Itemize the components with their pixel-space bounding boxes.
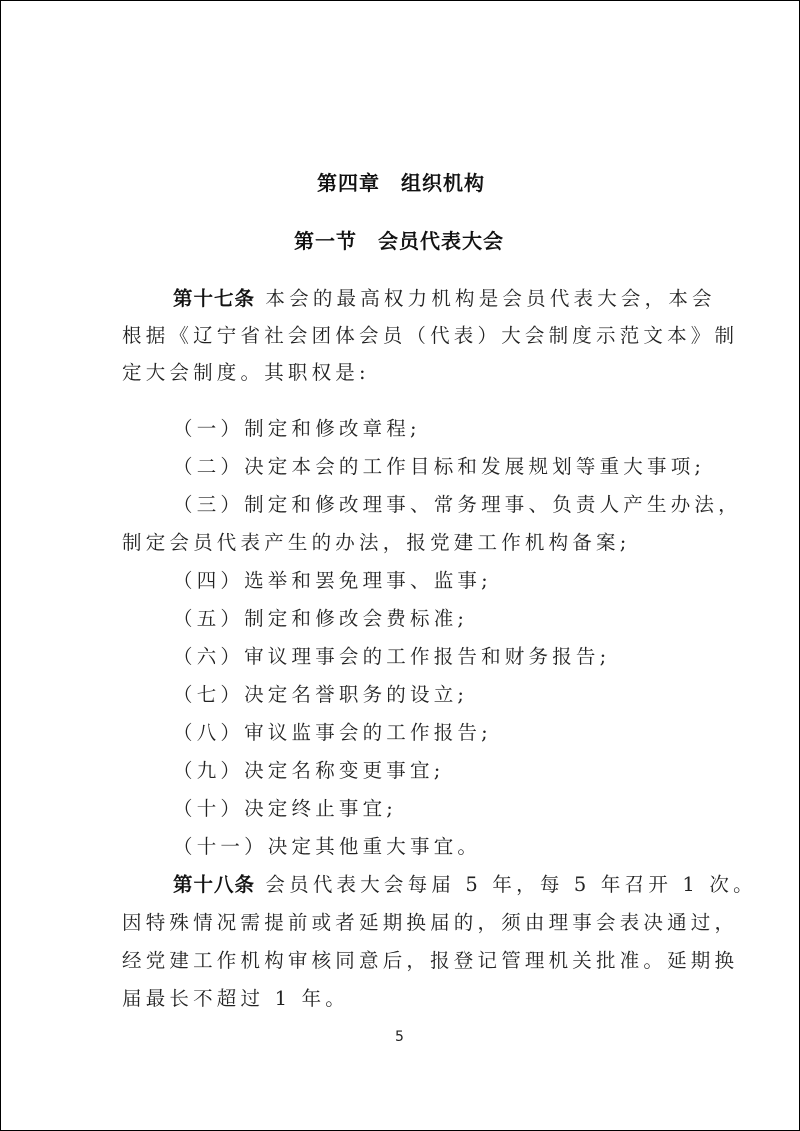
section-title: 第一节 会员代表大会 <box>294 225 504 254</box>
article-17-line-2: 根据《辽宁省社会团体会员（代表）大会制度示范文本》制 <box>122 320 738 348</box>
list-item: （六）审议理事会的工作报告和财务报告; <box>173 641 610 669</box>
list-item: （四）选举和罢免理事、监事; <box>173 565 492 593</box>
list-item: （九）决定名称变更事宜; <box>173 755 444 783</box>
article-18-text: 会员代表大会每届 5 年，每 5 年召开 1 次。 <box>265 873 756 896</box>
list-item: （七）决定名誉职务的设立; <box>173 679 468 707</box>
chapter-title: 第四章 组织机构 <box>317 167 485 196</box>
article-18-line-2: 因特殊情况需提前或者延期换届的，须由理事会表决通过， <box>122 907 738 935</box>
list-item-continuation: 制定会员代表产生的办法，报党建工作机构备案; <box>122 527 630 555</box>
page-number: 5 <box>395 1029 404 1045</box>
article-17-line-1: 第十七条 本会的最高权力机构是会员代表大会，本会 <box>173 283 716 311</box>
article-18-line-4: 届最长不超过 1 年。 <box>122 983 349 1011</box>
list-item: （一）制定和修改章程; <box>173 413 421 441</box>
article-18-line-3: 经党建工作机构审核同意后，报登记管理机关批准。延期换 <box>122 945 738 973</box>
list-item: （十一）决定其他重大事宜。 <box>173 831 481 859</box>
article-17-text: 本会的最高权力机构是会员代表大会，本会 <box>265 287 715 310</box>
list-item: （十）决定终止事宜; <box>173 793 397 821</box>
list-item: （二）决定本会的工作目标和发展规划等重大事项; <box>173 451 705 479</box>
article-18-label: 第十八条 <box>173 873 255 896</box>
article-18-line-1: 第十八条 会员代表大会每届 5 年，每 5 年召开 1 次。 <box>173 869 757 897</box>
article-17-label: 第十七条 <box>173 287 255 310</box>
list-item: （五）制定和修改会费标准; <box>173 603 468 631</box>
list-item: （三）制定和修改理事、常务理事、负责人产生办法， <box>173 489 742 517</box>
list-item: （八）审议监事会的工作报告; <box>173 717 492 745</box>
document-page: 第四章 组织机构 第一节 会员代表大会 第十七条 本会的最高权力机构是会员代表大… <box>0 0 800 1131</box>
article-17-line-3: 定大会制度。其职权是: <box>122 357 370 385</box>
